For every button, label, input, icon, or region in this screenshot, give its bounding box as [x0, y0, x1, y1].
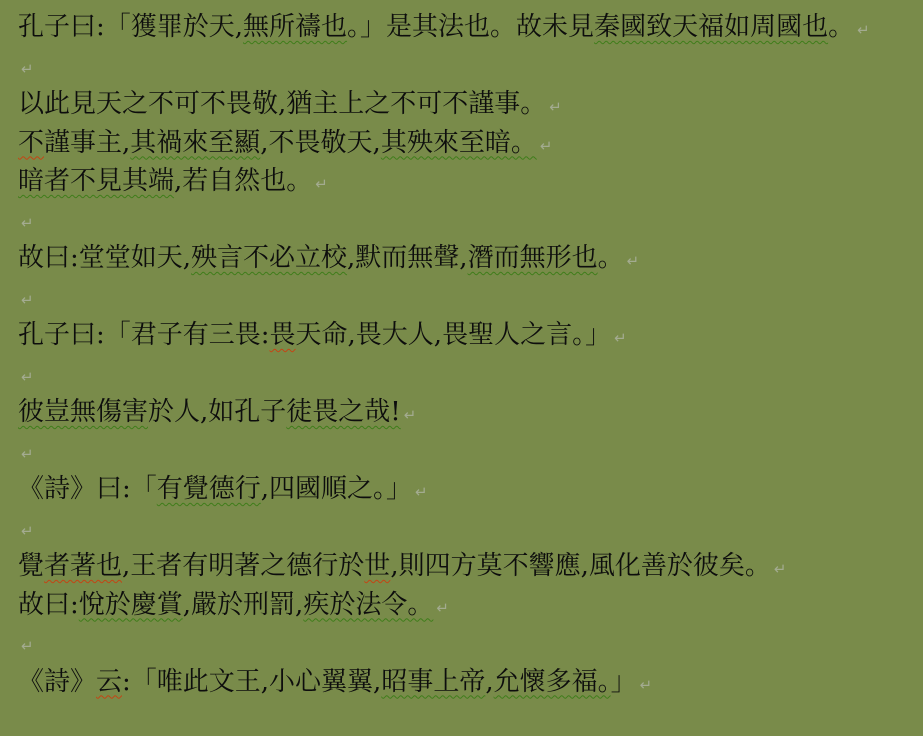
paragraph-mark-icon: ↵ [21, 522, 34, 540]
paragraph-mark-icon: ↵ [315, 175, 328, 193]
text-run-grammar-underline: 悅於慶賞 [79, 590, 183, 620]
text-run: 《詩》 [18, 667, 96, 697]
blank-line: ↵ [18, 47, 917, 86]
text-line: 覺者著也,王者有明著之德行於世,則四方莫不響應,風化善於彼矣。↵ [18, 547, 917, 586]
text-run: 天命,畏大人,畏聖人之言。」 [296, 320, 612, 350]
text-run-grammar-underline: 有覺德行 [157, 474, 261, 504]
text-run-spelling-underline: 云 [96, 667, 122, 697]
text-run: 孔子曰:「獲罪於天, [18, 12, 243, 42]
text-run: ,若自然也。 [174, 166, 312, 196]
blank-line: ↵ [18, 278, 917, 317]
document-canvas[interactable]: 孔子曰:「獲罪於天,無所禱也。」是其法也。故未見秦國致天福如周國也。↵↵以此見天… [0, 0, 923, 736]
text-run: 故曰: [18, 590, 79, 620]
text-line: 故曰:悅於慶賞,嚴於刑罰,疾於法令。↵ [18, 586, 917, 625]
paragraph-mark-icon: ↵ [774, 560, 787, 578]
paragraph-mark-icon: ↵ [404, 406, 417, 424]
text-run-grammar-underline: 潛而無形也 [468, 243, 598, 273]
text-line: 《詩》曰:「有覺德行,四國順之。」↵ [18, 470, 917, 509]
blank-line: ↵ [18, 509, 917, 548]
paragraph-mark-icon: ↵ [21, 368, 34, 386]
text-run-grammar-underline: 殃言不必立校 [191, 243, 347, 273]
text-run: 孔子曰:「君子有三畏: [18, 320, 270, 350]
text-run: 以此見天之不可不畏敬,猶主上之不可不謹事。 [18, 89, 546, 119]
text-run-grammar-underline: 暗者不見其端 [18, 166, 174, 196]
paragraph-mark-icon: ↵ [640, 676, 653, 694]
blank-line: ↵ [18, 624, 917, 663]
paragraph-mark-icon: ↵ [415, 483, 428, 501]
text-run: :「唯此文王,小心翼翼, [122, 667, 381, 697]
text-run: 。 [828, 12, 854, 42]
text-run: ,四國順之。」 [261, 474, 412, 504]
blank-line: ↵ [18, 355, 917, 394]
text-run: , [485, 667, 493, 697]
paragraph-mark-icon: ↵ [614, 329, 627, 347]
blank-line: ↵ [18, 201, 917, 240]
text-run: ,默而無聲, [347, 243, 468, 273]
text-run-grammar-underline: 其殃來至暗。 [381, 128, 537, 158]
text-run-spelling-underline: 不 [18, 128, 44, 158]
text-run-spelling-underline: 畏 [270, 320, 296, 350]
text-run: 」 [611, 667, 637, 697]
text-run: 覺 [18, 551, 44, 581]
text-run-grammar-underline: 疾於法令。 [303, 590, 433, 620]
text-run-spelling-underline: 世 [364, 551, 390, 581]
text-run-spelling-underline: 者著也 [44, 551, 122, 581]
paragraph-mark-icon: ↵ [549, 98, 562, 116]
text-line: 暗者不見其端,若自然也。↵ [18, 162, 917, 201]
paragraph-mark-icon: ↵ [436, 599, 449, 617]
paragraph-mark-icon: ↵ [21, 291, 34, 309]
text-run-grammar-underline: 其禍來至顯 [130, 128, 260, 158]
text-line: 彼豈無傷害於人,如孔子徒畏之哉!↵ [18, 393, 917, 432]
text-run: 。 [598, 243, 624, 273]
text-run: 故曰:堂堂如天, [18, 243, 191, 273]
paragraph-mark-icon: ↵ [540, 137, 553, 155]
text-line: 以此見天之不可不畏敬,猶主上之不可不謹事。↵ [18, 85, 917, 124]
text-line: 孔子曰:「君子有三畏:畏天命,畏大人,畏聖人之言。」↵ [18, 316, 917, 355]
paragraph-mark-icon: ↵ [627, 252, 640, 270]
paragraph-mark-icon: ↵ [857, 21, 870, 39]
text-run-grammar-underline: 彼豈無傷害 [18, 397, 148, 427]
text-run-grammar-underline: 秦國致天福如周國也 [594, 12, 828, 42]
text-line: 故曰:堂堂如天,殃言不必立校,默而無聲,潛而無形也。↵ [18, 239, 917, 278]
text-run-grammar-underline: 允懷多福。 [494, 667, 611, 697]
text-run-grammar-underline: 無所禱也 [243, 12, 347, 42]
text-run: ,嚴於刑罰, [183, 590, 304, 620]
text-run: 。」是其法也。故未見 [347, 12, 594, 42]
text-line: 不謹事主,其禍來至顯,不畏敬天,其殃來至暗。↵ [18, 124, 917, 163]
text-run: 謹事主, [44, 128, 130, 158]
text-run-grammar-underline: 徒畏之哉! [286, 397, 400, 427]
text-run: ,則四方莫不響應,風化善於彼矣。 [390, 551, 771, 581]
text-line: 《詩》云:「唯此文王,小心翼翼,昭事上帝,允懷多福。」↵ [18, 663, 917, 702]
paragraph-mark-icon: ↵ [21, 445, 34, 463]
text-run: 《詩》曰:「 [18, 474, 157, 504]
blank-line: ↵ [18, 432, 917, 471]
text-run: ,王者有明著之德行於 [122, 551, 364, 581]
paragraph-mark-icon: ↵ [21, 60, 34, 78]
text-run: 於人,如孔子 [148, 397, 286, 427]
paragraph-mark-icon: ↵ [21, 637, 34, 655]
text-run: ,不畏敬天, [260, 128, 381, 158]
paragraph-mark-icon: ↵ [21, 214, 34, 232]
text-run-grammar-underline: 昭事上帝 [381, 667, 485, 697]
text-line: 孔子曰:「獲罪於天,無所禱也。」是其法也。故未見秦國致天福如周國也。↵ [18, 8, 917, 47]
